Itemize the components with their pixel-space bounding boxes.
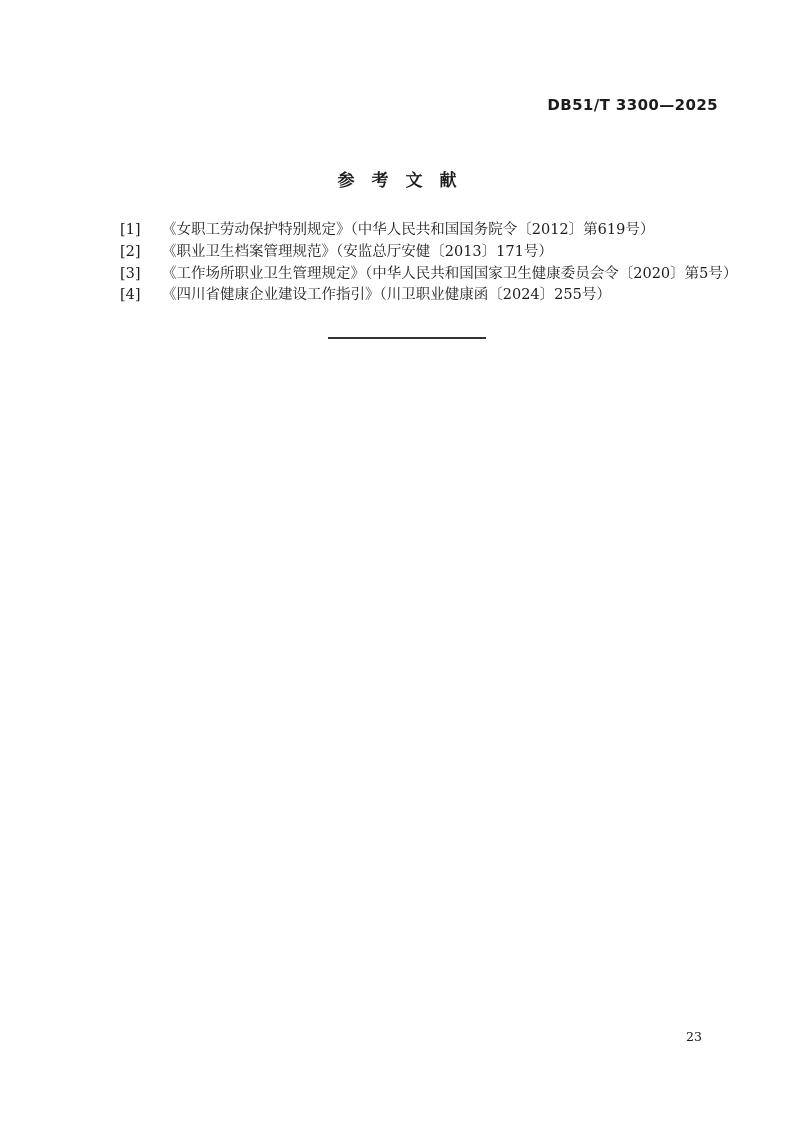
reference-index: [3] xyxy=(120,264,162,286)
document-page: DB51/T 3300—2025 参 考 文 献 [1] 《女职工劳动保护特别规… xyxy=(0,0,794,1123)
end-of-document-rule xyxy=(328,337,486,339)
reference-item: [3] 《工作场所职业卫生管理规定》（中华人民共和国国家卫生健康委员会令〔202… xyxy=(120,264,754,286)
reference-index: [1] xyxy=(120,220,162,242)
references-title: 参 考 文 献 xyxy=(0,166,794,191)
standard-code-header: DB51/T 3300—2025 xyxy=(547,96,718,114)
reference-item: [4] 《四川省健康企业建设工作指引》（川卫职业健康函〔2024〕255号） xyxy=(120,285,754,307)
reference-text: 《工作场所职业卫生管理规定》（中华人民共和国国家卫生健康委员会令〔2020〕第5… xyxy=(162,264,754,286)
reference-index: [4] xyxy=(120,285,162,307)
reference-item: [1] 《女职工劳动保护特别规定》（中华人民共和国国务院令〔2012〕第619号… xyxy=(120,220,754,242)
reference-item: [2] 《职业卫生档案管理规范》（安监总厅安健〔2013〕171号） xyxy=(120,242,754,264)
reference-index: [2] xyxy=(120,242,162,264)
reference-text: 《四川省健康企业建设工作指引》（川卫职业健康函〔2024〕255号） xyxy=(162,285,754,307)
reference-list: [1] 《女职工劳动保护特别规定》（中华人民共和国国务院令〔2012〕第619号… xyxy=(120,220,754,307)
page-number: 23 xyxy=(686,1029,702,1044)
reference-text: 《职业卫生档案管理规范》（安监总厅安健〔2013〕171号） xyxy=(162,242,754,264)
reference-text: 《女职工劳动保护特别规定》（中华人民共和国国务院令〔2012〕第619号） xyxy=(162,220,754,242)
